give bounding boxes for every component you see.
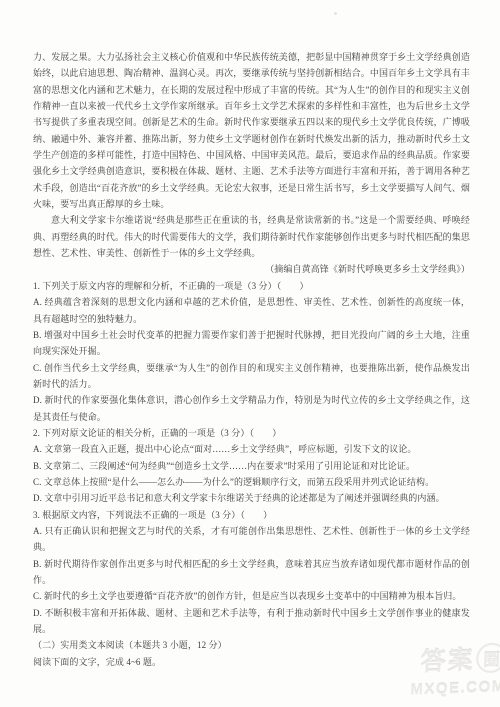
question-1-option-c: C. 创作当代乡土文学经典，要继承“为人生”的创作目的和现实主义创作精神，也要推… xyxy=(33,360,470,393)
question-2-option-b: B. 文章第二、三段阐述“何为经典”“创造乡土文学……内在要求”时采用了引用论证… xyxy=(33,458,470,474)
question-1-option-d: D. 新时代的作家要强化集体意识，潜心创作乡土文学精品力作，特别是为时代立传的乡… xyxy=(33,392,470,425)
question-1-stem: 1. 下列关于原文内容的理解和分析，不正确的一项是（3 分）（ ） xyxy=(33,278,470,294)
watermark-circle-badge: 圈 xyxy=(476,642,500,673)
question-2-stem: 2. 下列对原文论证的相关分析，正确的一项是（3 分）（ ） xyxy=(33,425,470,441)
section-2-intro: 阅读下面的文字，完成 4~6 题。 xyxy=(33,654,470,670)
question-3-option-b: B. 新时代期待作家创作出更多与时代相匹配的乡土文学经典，意味着其应当放弃诸如现… xyxy=(33,556,470,589)
question-2-option-a: A. 文章第一段直入正题，提出中心论点“面对……乡土文学经典”，呼应标题，引发下… xyxy=(33,441,470,457)
question-1-option-b: B. 增强对中国乡土社会时代变革的把握力需要作家们善于把握时代脉搏，把目光投向广… xyxy=(33,327,470,360)
watermark-brand-text: 答案 xyxy=(420,640,475,678)
source-attribution: （摘编自黄高锋《新时代呼唤更多乡土文学经典》） xyxy=(33,261,470,277)
exam-content: 力、发展之果。大力弘扬社会主义核心价值观和中华民族传统美德，把彰显中国精神贯穿于… xyxy=(33,49,470,670)
section-2-header: （二）实用类文本阅读（本题共 3 小题，12 分） xyxy=(33,637,470,653)
question-1-option-a: A. 经典蕴含着深刻的思想文化内涵和卓越的艺术价值，是思想性、审美性、艺术性、创… xyxy=(33,294,470,327)
passage-paragraph-quote: 意大利文学家卡尔维诺说“经典是那些正在重读的书，经典是常读常新的书。”这是一个需… xyxy=(33,212,470,261)
question-3-option-a: A. 只有正确认识和把握文艺与时代的关系，才有可能创作出集思想性、艺术性、创新性… xyxy=(33,523,470,556)
watermark: 答案圈 MXQE.COM xyxy=(410,639,500,698)
question-2-option-c: C. 文章总体上按照“是什么——怎么办——为什么”的逻辑顺序行文，而第五段采用并… xyxy=(33,474,470,490)
question-3-option-d: D. 不断积极丰富和开拓体裁、题材、主题和艺术手法等，有利于推动新时代中国乡土文… xyxy=(33,605,470,638)
watermark-site-url: MXQE.COM xyxy=(410,678,500,698)
question-3-option-c: C. 新时代的乡土文学也要遵循“百花齐放”的创作方针，但是应当以表现乡土变革中的… xyxy=(33,588,470,604)
question-3-stem: 3. 根据原文内容，下列说法不正确的一项是（3 分）（ ） xyxy=(33,507,470,523)
scan-speck xyxy=(334,12,337,15)
question-2-option-d: D. 文章中引用习近平总书记和意大利文学家卡尔维诺关于经典的论述都是为了阐述并强… xyxy=(33,490,470,506)
exam-paper-page: 力、发展之果。大力弘扬社会主义核心价值观和中华民族传统美德，把彰显中国精神贯穿于… xyxy=(0,0,500,707)
passage-paragraph-continuation: 力、发展之果。大力弘扬社会主义核心价值观和中华民族传统美德，把彰显中国精神贯穿于… xyxy=(33,49,470,212)
watermark-brand-logo: 答案圈 xyxy=(410,639,500,678)
